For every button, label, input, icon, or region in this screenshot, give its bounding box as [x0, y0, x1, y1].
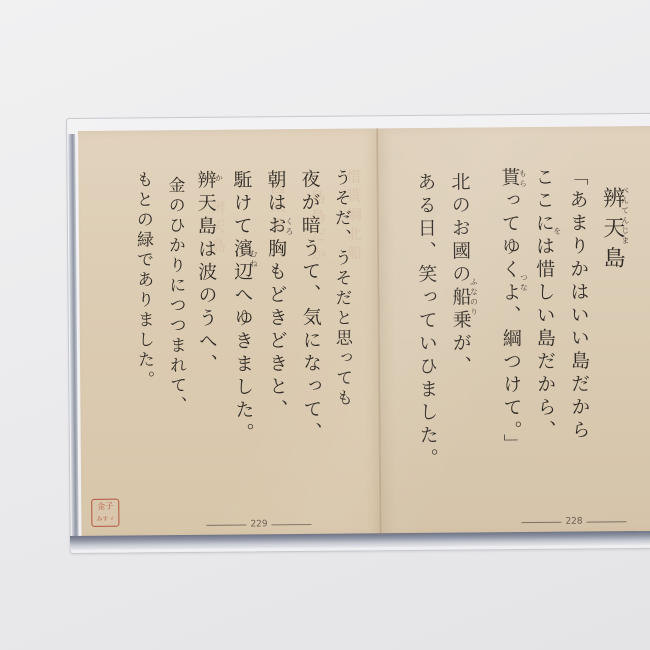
- text-column-6: 金のひかりにつつまれて、: [165, 176, 184, 416]
- ruby-annotation: くろ: [284, 217, 295, 237]
- right-page: 辨天島 べんてんじま 「あまりかはいい島だから ここには惜しい島だから、 貰って…: [378, 126, 650, 536]
- red-seal-stamp: 金 子 みすゞ: [91, 499, 119, 527]
- text-column-5: 辨天島は波のうへ、: [195, 170, 216, 377]
- seal-char: 金: [97, 501, 105, 512]
- text-column-5: ある日、笑っていひました。: [415, 172, 437, 471]
- ruby-annotation: もら: [517, 169, 528, 189]
- ruby-annotation: むね: [248, 249, 259, 269]
- text-column-2: 夜が暗うて、気になって、: [299, 169, 320, 445]
- title-ruby: べんてんじま: [620, 186, 632, 246]
- text-column-4: 駈けて濱辺へゆきました。: [231, 169, 252, 445]
- text-column-3: 貰ってゆくよ、綱つけて。」: [499, 167, 521, 457]
- text-column-7: もとの緑でありました。: [133, 170, 152, 390]
- page-number-left: 229: [206, 519, 311, 530]
- left-page: 惜貰綱北船 島島だか 國乗笑 辨天島 うそだ、うそだと思っても 夜が暗うて、気に…: [78, 128, 382, 539]
- text-column-1: うそだ、うそだと思っても: [331, 169, 350, 409]
- page-number-right: 228: [521, 516, 626, 527]
- ruby-annotation: ふなのり: [468, 278, 479, 318]
- seal-char: 子: [105, 501, 113, 512]
- ruby-annotation: を: [552, 227, 563, 237]
- open-book: 惜貰綱北船 島島だか 國乗笑 辨天島 うそだ、うそだと思っても 夜が暗うて、気に…: [78, 126, 650, 539]
- text-column-3: 朝はお胸もどきどきと、: [265, 169, 286, 422]
- text-column-4: 北のお國の船乗が、: [449, 172, 470, 379]
- text-column-2: ここには惜しい島だから、: [533, 167, 554, 443]
- seal-char: みすゞ: [96, 514, 114, 525]
- ruby-annotation: か: [213, 174, 224, 184]
- text-column-1: 「あまりかはいい島だから: [567, 167, 588, 443]
- ruby-annotation: つな: [518, 273, 529, 293]
